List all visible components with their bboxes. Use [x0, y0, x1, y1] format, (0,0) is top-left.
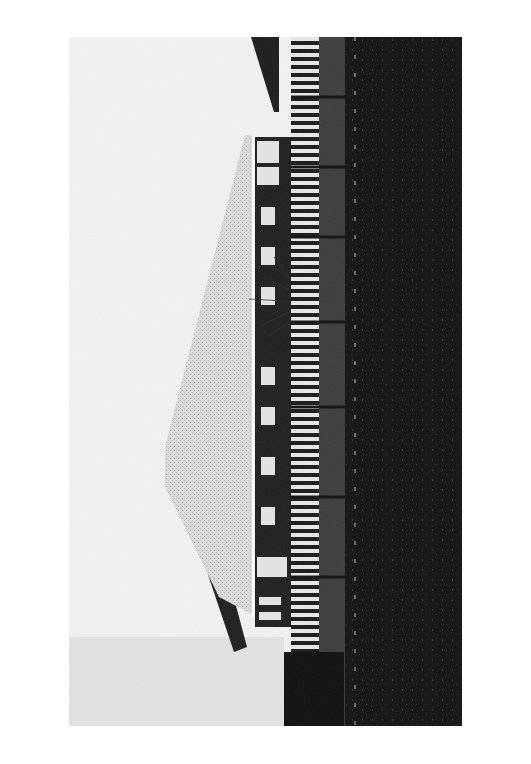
page	[0, 0, 531, 764]
photo-illustration	[69, 37, 462, 726]
building-photograph	[69, 37, 462, 726]
